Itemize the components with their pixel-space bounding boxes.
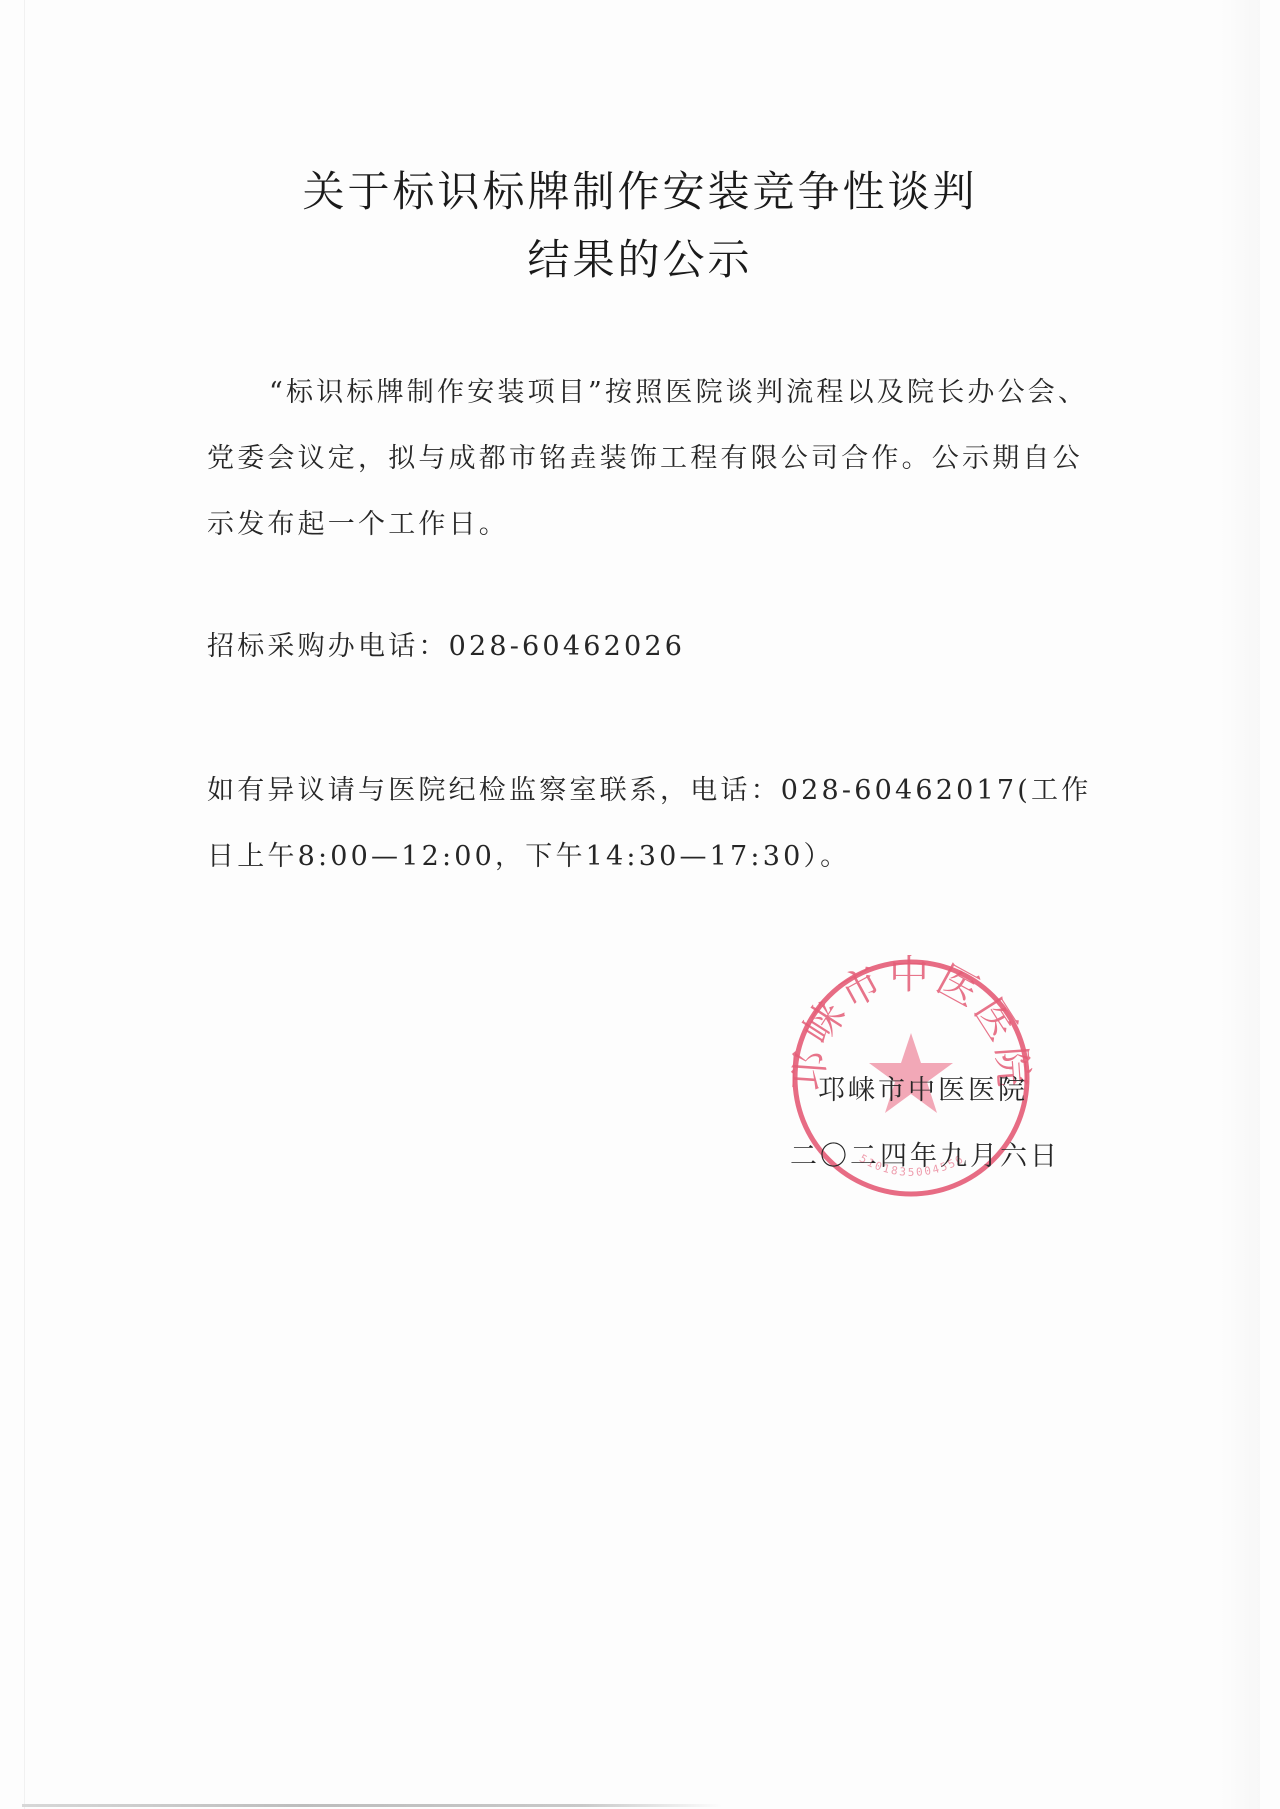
document-title: 关于标识标牌制作安装竞争性谈判 结果的公示 [0,158,1280,294]
paragraph-objection-contact: 如有异议请与医院纪检监察室联系，电话：028-60462017(工作日上午8:0… [207,758,1097,890]
scan-bottom-shadow [22,1804,722,1807]
paragraph-announcement: “标识标牌制作安装项目”按照医院谈判流程以及院长办公会、党委会议定，拟与成都市铭… [207,360,1097,558]
signature-date: 二〇二四年九月六日 [790,1124,1110,1190]
document-page: 关于标识标牌制作安装竞争性谈判 结果的公示 “标识标牌制作安装项目”按照医院谈判… [0,0,1280,1809]
title-line-2: 结果的公示 [0,226,1280,294]
signature-organization: 邛崃市中医医院 [790,1058,1110,1124]
paragraph-procurement-phone: 招标采购办电话：028-60462026 [207,614,1097,680]
title-line-1: 关于标识标牌制作安装竞争性谈判 [0,158,1280,226]
signature-block: 邛崃市中医医院 二〇二四年九月六日 [790,1058,1110,1190]
